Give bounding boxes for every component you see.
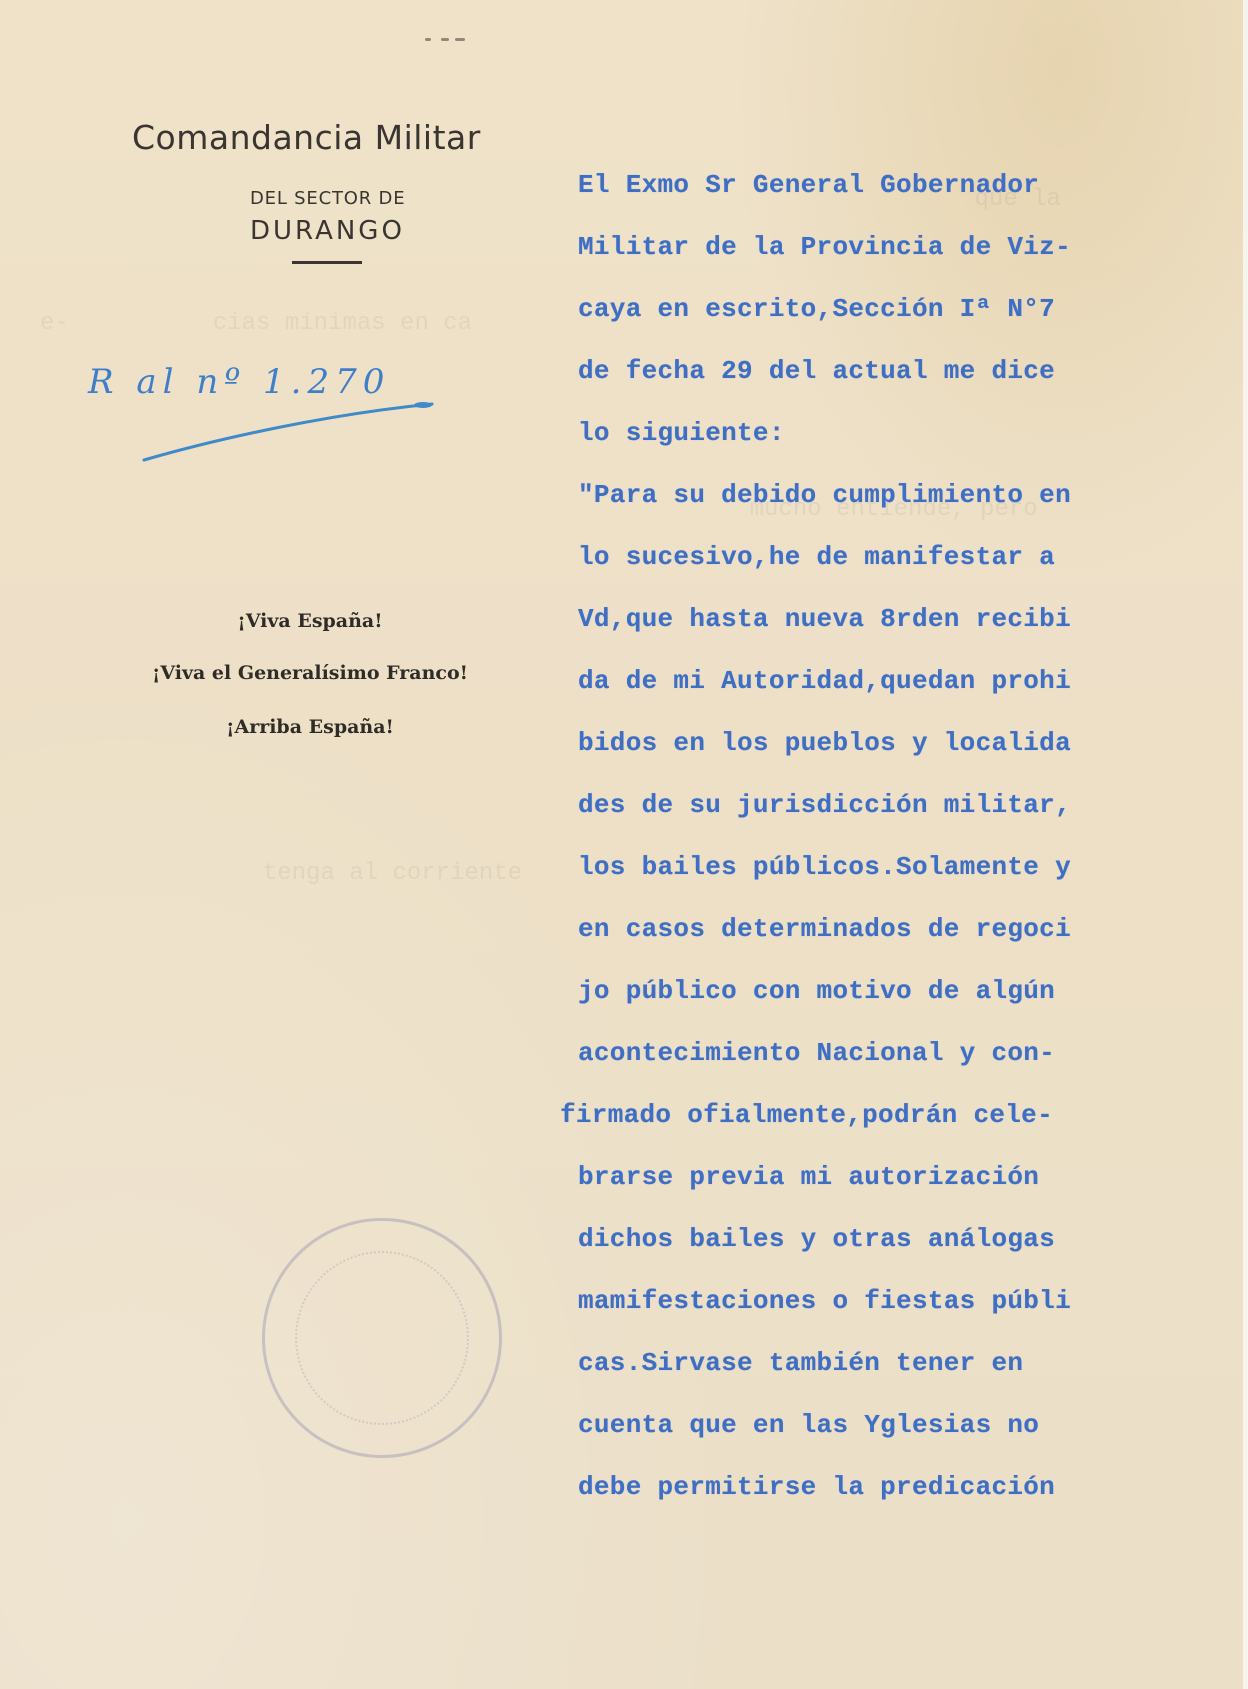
body-line: da de mi Autoridad,quedan prohi bbox=[578, 664, 1071, 698]
body-line: debe permitirse la predicación bbox=[578, 1470, 1055, 1504]
body-line: firmado ofialmente,podrán cele- bbox=[560, 1098, 1053, 1132]
body-line: cas.Sirvase también tener en bbox=[578, 1346, 1023, 1380]
seal-inner-ring bbox=[295, 1251, 469, 1425]
body-line: brarse previa mi autorización bbox=[578, 1160, 1039, 1194]
circular-seal-stamp bbox=[262, 1218, 502, 1458]
top-ink-marks bbox=[425, 38, 465, 41]
letterhead-title: Comandancia Militar bbox=[132, 118, 481, 157]
body-line: de fecha 29 del actual me dice bbox=[578, 354, 1055, 388]
body-line: "Para su debido cumplimiento en bbox=[578, 478, 1071, 512]
slogan-viva-franco: ¡Viva el Generalísimo Franco! bbox=[60, 662, 560, 684]
body-line: cuenta que en las Yglesias no bbox=[578, 1408, 1039, 1442]
body-line: los bailes públicos.Solamente y bbox=[578, 850, 1071, 884]
letterhead-city: DURANGO bbox=[250, 216, 405, 246]
body-line: Militar de la Provincia de Viz- bbox=[578, 230, 1071, 264]
body-line: lo siguiente: bbox=[578, 416, 785, 450]
body-line: El Exmo Sr General Gobernador bbox=[578, 168, 1039, 202]
body-line: jo público con motivo de algún bbox=[578, 974, 1055, 1008]
body-line: dichos bailes y otras análogas bbox=[578, 1222, 1055, 1256]
body-line: mamifestaciones o fiestas públi bbox=[578, 1284, 1071, 1318]
scanned-letter-page: que la e- cias mínimas en ca mucho entie… bbox=[0, 0, 1248, 1689]
slogan-arriba-espana: ¡Arriba España! bbox=[60, 716, 560, 738]
body-line: caya en escrito,Sección Iª N°7 bbox=[578, 292, 1055, 326]
body-line: en casos determinados de regoci bbox=[578, 912, 1071, 946]
scan-right-margin bbox=[1243, 0, 1248, 1689]
letterhead-rule bbox=[292, 261, 362, 264]
body-line: bidos en los pueblos y localida bbox=[578, 726, 1071, 760]
slogan-viva-espana: ¡Viva España! bbox=[60, 610, 560, 632]
handwritten-reference: R al nº 1.270 bbox=[88, 362, 390, 402]
letterhead-subtitle: DEL SECTOR DE bbox=[250, 188, 405, 209]
body-line: acontecimiento Nacional y con- bbox=[578, 1036, 1055, 1070]
body-line: Vd,que hasta nueva 8rden recibi bbox=[578, 602, 1071, 636]
pen-underline-stroke bbox=[140, 398, 440, 468]
body-line: lo sucesivo,he de manifestar a bbox=[578, 540, 1055, 574]
body-line: des de su jurisdicción militar, bbox=[578, 788, 1071, 822]
